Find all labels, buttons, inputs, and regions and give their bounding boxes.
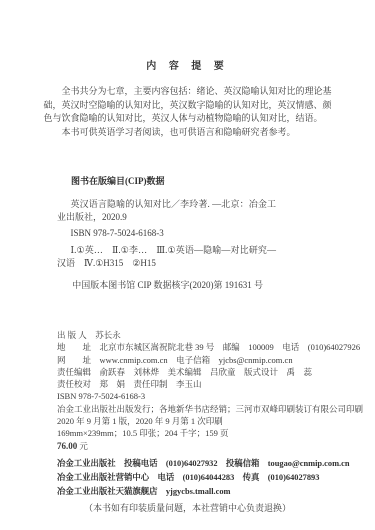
proofreader-line: 责任校对 郑 娟 责任印制 李玉山: [57, 378, 375, 390]
book-copyright-page: 内 容 提 要 全书共分为七章，主要内容包括：绪论、英汉隐喻认知对比的理论基础，…: [0, 0, 375, 530]
summary-body: 全书共分为七章，主要内容包括：绪论、英汉隐喻认知对比的理论基础，英汉时空隐喻的认…: [44, 85, 332, 139]
content-summary-section: 内 容 提 要 全书共分为七章，主要内容包括：绪论、英汉隐喻认知对比的理论基础，…: [0, 57, 375, 139]
summary-paragraph-1: 全书共分为七章，主要内容包括：绪论、英汉隐喻认知对比的理论基础，英汉时空隐喻的认…: [44, 85, 332, 126]
cip-section: 图书在版编目(CIP)数据 英汉语言隐喻的认知对比／李玲著. —北京：冶金工业出…: [57, 175, 375, 292]
tmall-store-line: 冶金工业出版社天猫旗舰店 yjgycbs.tmall.com: [57, 485, 375, 499]
price-value: 76.00: [57, 441, 77, 451]
summary-paragraph-2: 本书可供英语学习者阅读，也可供语言和隐喻研究者参考。: [44, 126, 332, 140]
marketing-contact-line: 冶金工业出版社营销中心 电话 (010)64044283 传真 (010)640…: [57, 471, 375, 485]
price-line: 76.00 元: [57, 440, 375, 452]
publisher-name-line: 出 版 人 苏长永: [57, 329, 375, 341]
address-line: 地 址 北京市东城区嵩祝院北巷 39 号 邮编 100009 电话 (010)6…: [57, 341, 375, 353]
edition-line: 2020 年 9 月第 1 版，2020 年 9 月第 1 次印刷: [57, 415, 375, 427]
publication-info-section: 出 版 人 苏长永 地 址 北京市东城区嵩祝院北巷 39 号 邮编 100009…: [57, 329, 375, 452]
cip-body: 英汉语言隐喻的认知对比／李玲著. —北京：冶金工业出版社，2020.9 ISBN…: [57, 198, 276, 270]
cip-heading: 图书在版编目(CIP)数据: [71, 175, 375, 188]
distribution-line: 冶金工业出版社出版发行；各地新华书店经销；三河市双峰印刷装订有限公司印刷: [57, 403, 375, 415]
format-line: 169mm×239mm；10.5 印张；204 千字；159 页: [57, 427, 375, 439]
cip-classification: Ⅰ.①英… Ⅱ.①李… Ⅲ.①英语—隐喻—对比研究—汉语 Ⅳ.①H315 ②H1…: [57, 244, 276, 270]
quality-notice: （本书如有印装质量问题，本社营销中心负责退换）: [0, 501, 375, 514]
submission-contact-line: 冶金工业出版社 投稿电话 (010)64027932 投稿信箱 tougao@c…: [57, 457, 375, 471]
cip-record-number: 中国版本图书馆 CIP 数据核字(2020)第 191631 号: [57, 279, 375, 292]
cip-isbn: ISBN 978-7-5024-6168-3: [57, 227, 276, 240]
cip-title-line: 英汉语言隐喻的认知对比／李玲著. —北京：冶金工业出版社，2020.9: [57, 198, 276, 224]
website-line: 网 址 www.cnmip.com.cn 电子信箱 yjcbs@cnmip.co…: [57, 354, 375, 366]
contact-section: 冶金工业出版社 投稿电话 (010)64027932 投稿信箱 tougao@c…: [57, 457, 375, 498]
price-unit: 元: [79, 441, 88, 451]
isbn-line: ISBN 978-7-5024-6168-3: [57, 390, 375, 402]
summary-heading: 内 容 提 要: [0, 57, 375, 72]
editors-line: 责任编辑 俞跃春 刘林烨 美术编辑 吕欣童 版式设计 禹 蕊: [57, 366, 375, 378]
